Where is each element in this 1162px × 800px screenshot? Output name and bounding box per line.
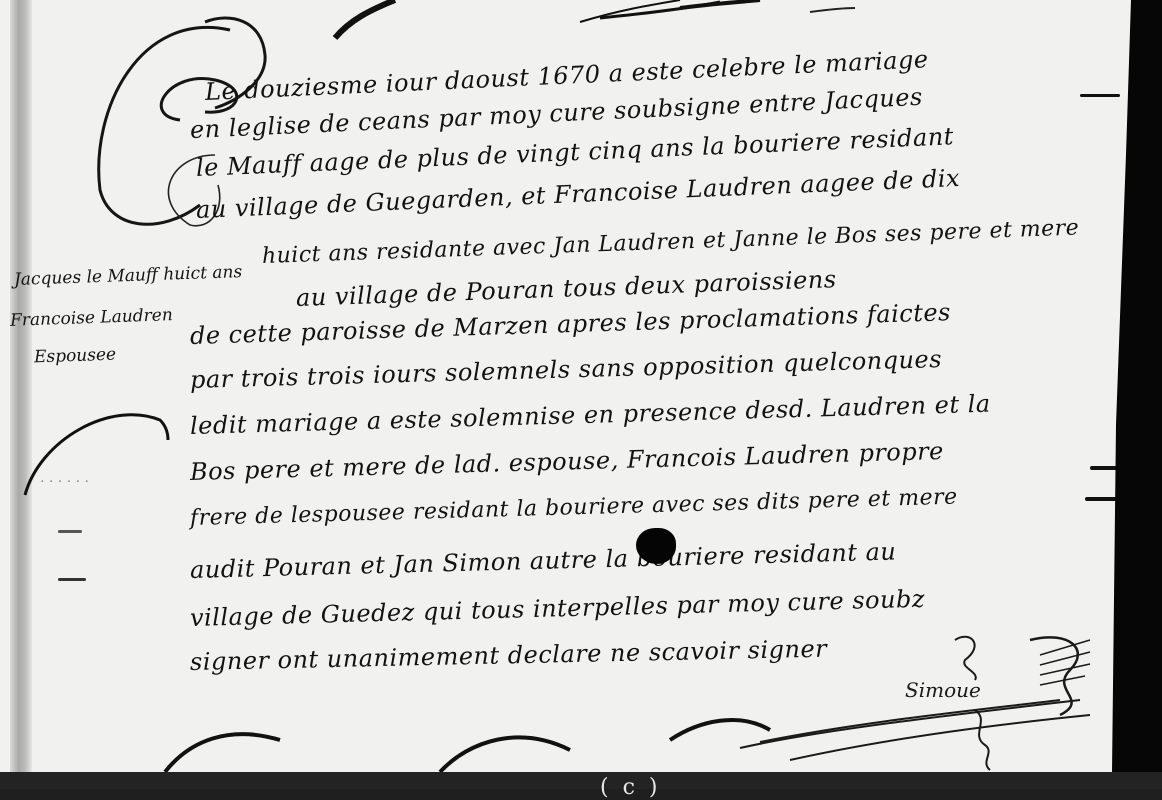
bleed-through-text: . . . . . . xyxy=(40,470,89,486)
viewer-bottom-bar: (c) xyxy=(0,772,1162,789)
entry-line-10: Bos pere et mere de lad. espouse, Franco… xyxy=(190,437,945,486)
entry-line-14: signer ont unanimement declare ne scavoi… xyxy=(190,635,828,676)
figure-label: (c) xyxy=(600,777,672,789)
margin-dash xyxy=(58,530,82,533)
left-gutter-shadow xyxy=(10,0,32,772)
margin-note-line-3: Espousee xyxy=(34,345,117,368)
margin-note-line-1: Jacques le Mauff huict ans xyxy=(14,262,243,290)
entry-line-5: huict ans residante avec Jan Laudren et … xyxy=(262,215,1080,269)
margin-note-line-2: Francoise Laudren xyxy=(10,305,173,331)
entry-line-8: par trois trois iours solemnels sans opp… xyxy=(190,345,943,394)
scanned-page: Le douziesme iour daoust 1670 a este cel… xyxy=(0,0,1162,772)
entry-line-13: village de Guedez qui tous interpelles p… xyxy=(190,585,926,632)
entry-line-12: audit Pouran et Jan Simon autre la bouri… xyxy=(190,538,897,584)
margin-dash xyxy=(58,578,86,581)
page-binding-edge xyxy=(1112,0,1162,772)
curate-signature: Simoue xyxy=(905,678,981,702)
line-filler xyxy=(1080,94,1120,97)
entry-line-9: ledit mariage a este solemnise en presen… xyxy=(190,390,991,440)
entry-line-11: frere de lespousee residant la bouriere … xyxy=(190,485,958,531)
ink-blot xyxy=(636,528,676,564)
line-filler xyxy=(1085,497,1117,501)
